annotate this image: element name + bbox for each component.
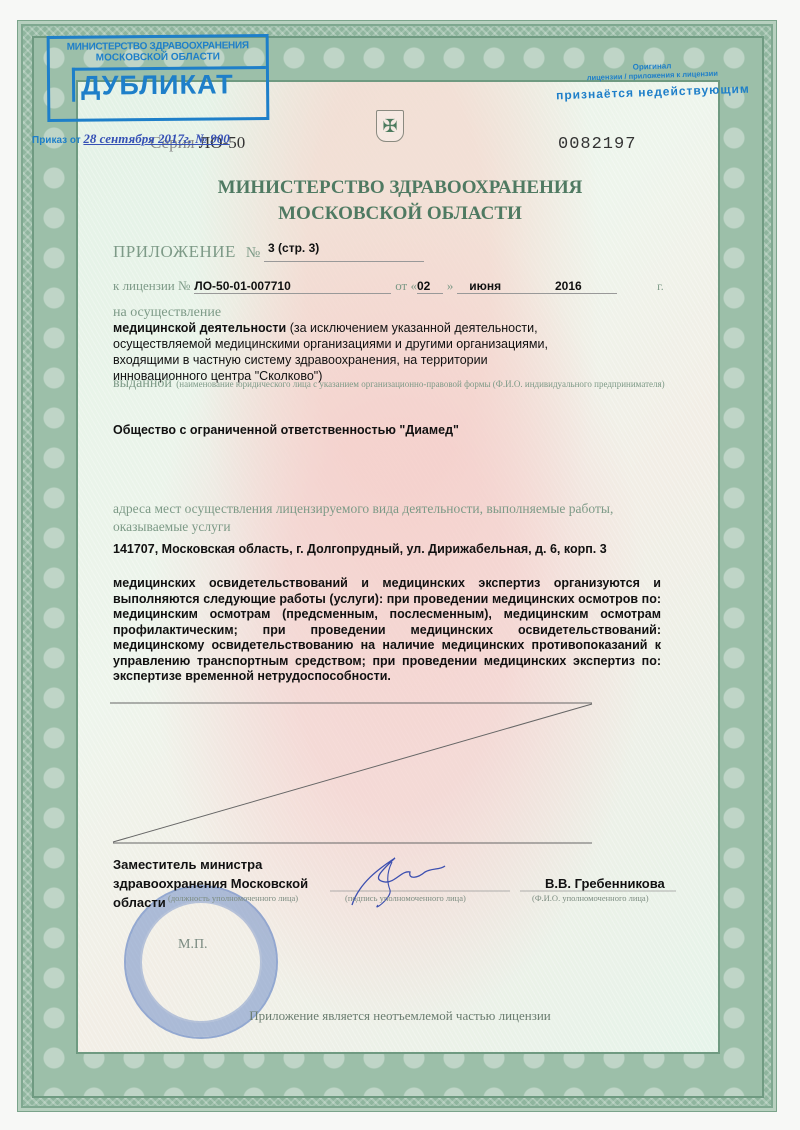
appendix-row: ПРИЛОЖЕНИЕ № 3 (стр. 3): [113, 242, 424, 262]
appendix-number-field: 3 (стр. 3): [264, 245, 424, 262]
duplicate-stamp-title: ДУБЛИКАТ: [72, 66, 266, 102]
order-handwritten: 28 сентября 2017г. № 900: [83, 131, 229, 146]
activity-bold: медицинской деятельности: [113, 321, 286, 335]
coat-of-arms-icon: ✠: [376, 110, 404, 142]
issued-to-label-block: выданной (наименование юридического лица…: [113, 375, 683, 392]
issued-to-label: выданной: [113, 376, 172, 391]
duplicate-order: Приказ от 28 сентября 2017г. № 900: [32, 131, 230, 147]
license-label: к лицензии №: [113, 278, 190, 293]
license-year-suffix: г.: [657, 279, 664, 293]
ministry-line-1: МИНИСТЕРСТВО ЗДРАВООХРАНЕНИЯ: [0, 175, 800, 201]
activity-label: на осуществление: [113, 305, 221, 321]
original-invalid-stamp: Оригинал лицензии / приложения к лицензи…: [544, 58, 760, 102]
license-day-field: 02: [417, 277, 443, 294]
position-line-2: здравоохранения Московской: [113, 874, 308, 893]
license-date-field: июня 2016: [457, 277, 617, 294]
appendix-number: 3 (стр. 3): [268, 241, 319, 255]
ministry-line-2: МОСКОВСКОЙ ОБЛАСТИ: [0, 201, 800, 227]
license-number-field: ЛО-50-01-007710: [194, 277, 391, 294]
address-label: адреса мест осуществления лицензируемого…: [113, 500, 683, 536]
address-value: 141707, Московская область, г. Долгопруд…: [113, 541, 607, 557]
footer-note: Приложение является неотъемлемой частью …: [0, 1008, 800, 1024]
ministry-title: МИНИСТЕРСТВО ЗДРАВООХРАНЕНИЯ МОСКОВСКОЙ …: [0, 175, 800, 227]
signature-caption: (подпись уполномоченного лица): [345, 893, 466, 903]
name-caption: (Ф.И.О. уполномоченного лица): [532, 893, 649, 903]
position-caption: (должность уполномоченного лица): [168, 893, 298, 903]
license-from-label: от «: [395, 278, 417, 293]
signatory-position: Заместитель министра здравоохранения Мос…: [113, 855, 308, 912]
seal-label: М.П.: [178, 937, 208, 953]
order-label: Приказ от: [32, 135, 81, 146]
position-line-1: Заместитель министра: [113, 855, 308, 874]
works-list: медицинских освидетельствований и медици…: [113, 576, 661, 685]
license-row: к лицензии № ЛО-50-01-007710 от «02 » ию…: [113, 277, 683, 294]
duplicate-stamp: МИНИСТЕРСТВО ЗДРАВООХРАНЕНИЯ МОСКОВСКОЙ …: [47, 34, 270, 122]
issued-to-value: Общество с ограниченной ответственностью…: [113, 422, 459, 438]
appendix-label: ПРИЛОЖЕНИЕ: [113, 242, 236, 261]
license-number: ЛО-50-01-007710: [194, 279, 290, 293]
license-month: июня: [469, 279, 501, 293]
signatory-name: В.В. Гребенникова: [545, 876, 665, 891]
appendix-number-sign: №: [246, 245, 260, 261]
duplicate-stamp-line-2: МОСКОВСКОЙ ОБЛАСТИ: [50, 51, 266, 64]
license-day: 02: [417, 279, 430, 293]
license-year: 2016: [555, 279, 582, 293]
license-close-quote: »: [447, 278, 454, 293]
issued-to-caption: (наименование юридического лица с указан…: [176, 379, 664, 389]
blank-number: 0082197: [558, 135, 636, 154]
